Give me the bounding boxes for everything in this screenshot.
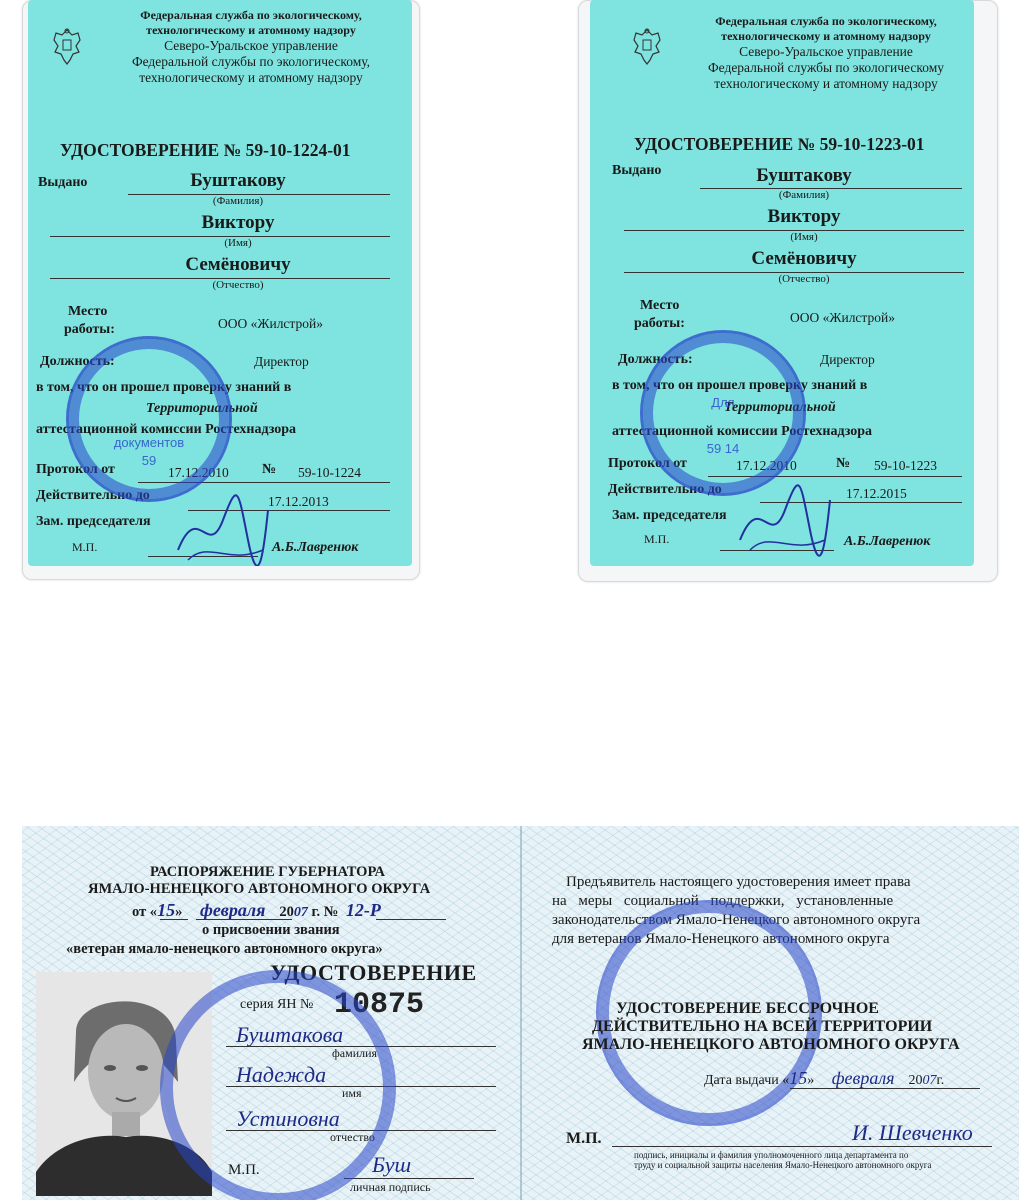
order-number-label: г. №: [312, 904, 339, 920]
header-line: технологическому и атомному надзору: [90, 70, 412, 86]
issue-label: Дата выдачи «: [704, 1073, 789, 1088]
header-bold-line: Федеральная служба по экологическому,: [666, 14, 974, 29]
order-year-suffix: 07: [294, 905, 308, 920]
signer-signature: И. Шевченко: [852, 1120, 973, 1146]
workplace-label: Место: [640, 298, 679, 314]
seal-label: М.П.: [566, 1130, 602, 1148]
header-line: Федеральной службы по экологическому,: [90, 54, 412, 70]
holder-signature: Буш: [372, 1152, 411, 1178]
header-bold-line: технологическому и атомному надзору: [90, 23, 412, 38]
order-month: февраля: [186, 900, 279, 920]
signer-caption: труду и социальной защиты населения Ямал…: [634, 1160, 931, 1170]
issued-label: Выдано: [38, 175, 87, 191]
certificate-2: Федеральная служба по экологическому, те…: [590, 0, 974, 566]
order-month-line: [196, 919, 292, 920]
name-value: Виктору: [148, 212, 328, 234]
header-line: технологическому и атомному надзору: [666, 76, 974, 92]
surname-caption: (Фамилия): [148, 195, 328, 207]
header-line: Северо-Уральское управление: [666, 44, 974, 60]
rights-text: Предъявитель настоящего удостоверения им…: [566, 874, 911, 891]
workplace-label: работы:: [64, 322, 115, 338]
issue-date: Дата выдачи «15» февраля2007г.: [704, 1068, 944, 1089]
protocol-number: 59-10-1224: [298, 465, 361, 481]
seal-label: М.П.: [644, 532, 669, 547]
issued-label: Выдано: [612, 163, 661, 179]
order-rank: «ветеран ямало-ненецкого автономного окр…: [66, 941, 383, 958]
patronymic-value: Семёновичу: [714, 248, 894, 270]
order-subject: о присвоении звания: [202, 922, 340, 939]
workplace-label: Место: [68, 304, 107, 320]
name-caption: (Имя): [148, 237, 328, 249]
surname-value: Буштакову: [714, 165, 894, 187]
stamp: документов 59: [66, 336, 232, 502]
number-label: №: [262, 462, 276, 478]
seal-label: М.П.: [72, 540, 97, 555]
patronymic-caption: (Отчество): [714, 273, 894, 285]
signer-name: А.Б.Лавренюк: [272, 540, 358, 556]
certificate-title: УДОСТОВЕРЕНИЕ № 59-10-1223-01: [634, 134, 925, 155]
issue-quote: »: [807, 1073, 814, 1088]
signature-scribble: [168, 480, 278, 566]
certificate-1: Федеральная служба по экологическому, те…: [28, 0, 412, 566]
order-day: 15: [157, 900, 175, 920]
signature-line: [344, 1178, 474, 1179]
protocol-number: 59-10-1223: [874, 458, 937, 474]
stamp-text: 59 14: [643, 441, 803, 456]
signature-scribble: [730, 470, 840, 560]
coat-of-arms-icon: [630, 26, 664, 66]
issue-year-suffix: 07: [923, 1073, 937, 1088]
patronymic-value: Семёновичу: [148, 254, 328, 276]
signer-name: А.Б.Лавренюк: [844, 534, 930, 550]
validity-text: УДОСТОВЕРЕНИЕ БЕССРОЧНОЕ: [616, 1000, 879, 1018]
signer-line: [612, 1146, 992, 1147]
workplace-value: ООО «Жилстрой»: [790, 310, 895, 326]
certificate-header: Федеральная служба по экологическому, те…: [90, 8, 412, 86]
deputy-label: Зам. председателя: [612, 508, 727, 524]
name-caption: (Имя): [714, 231, 894, 243]
name-value: Виктору: [714, 206, 894, 228]
validity-text: ЯМАЛО-НЕНЕЦКОГО АВТОНОМНОГО ОКРУГА: [582, 1036, 960, 1054]
workplace-label: работы:: [634, 316, 685, 332]
patronymic-caption: (Отчество): [148, 279, 328, 291]
position-value: Директор: [820, 352, 875, 368]
coat-of-arms-icon: [50, 26, 84, 66]
stamp-text: 59: [69, 453, 229, 468]
order-number-line: [376, 919, 446, 920]
header-line: Федеральной службы по экологическому: [666, 60, 974, 76]
signature-caption: личная подпись: [350, 1180, 431, 1195]
workplace-value: ООО «Жилстрой»: [218, 316, 323, 332]
validity-text: ДЕЙСТВИТЕЛЬНО НА ВСЕЙ ТЕРРИТОРИИ: [592, 1018, 932, 1036]
issue-year-g: г.: [937, 1073, 945, 1088]
surname-value: Буштакову: [148, 170, 328, 192]
issue-month: февраля: [818, 1068, 909, 1088]
order-number: 12-Р: [342, 900, 381, 920]
header-line: Северо-Уральское управление: [90, 38, 412, 54]
order-quote: »: [175, 904, 182, 920]
position-value: Директор: [254, 354, 309, 370]
order-title: ЯМАЛО-НЕНЕЦКОГО АВТОНОМНОГО ОКРУГА: [88, 881, 430, 898]
header-bold-line: Федеральная служба по экологическому,: [90, 8, 412, 23]
order-from: от «: [132, 904, 157, 920]
valid-until: 17.12.2015: [846, 486, 907, 502]
order-year-prefix: 20: [279, 904, 294, 920]
header-bold-line: технологическому и атомному надзору: [666, 29, 974, 44]
order-day-line: [160, 919, 188, 920]
issue-day: 15: [789, 1068, 807, 1088]
order-date-line: от «15» февраля2007 г. № 12-Р: [132, 900, 381, 921]
issue-year-prefix: 20: [909, 1073, 923, 1088]
order-title: РАСПОРЯЖЕНИЕ ГУБЕРНАТОРА: [150, 864, 385, 881]
stamp-text: документов: [69, 435, 229, 450]
issue-date-line: [790, 1088, 980, 1089]
certificate-title: УДОСТОВЕРЕНИЕ № 59-10-1224-01: [60, 140, 351, 161]
stamp-text: Для: [643, 395, 803, 410]
booklet-fold: [520, 826, 522, 1200]
booklet-stamp-left: [160, 970, 396, 1200]
signer-caption: подпись, инициалы и фамилия уполномоченн…: [634, 1150, 908, 1160]
certificate-header: Федеральная служба по экологическому, те…: [666, 14, 974, 92]
surname-caption: (Фамилия): [714, 189, 894, 201]
deputy-label: Зам. председателя: [36, 514, 151, 530]
